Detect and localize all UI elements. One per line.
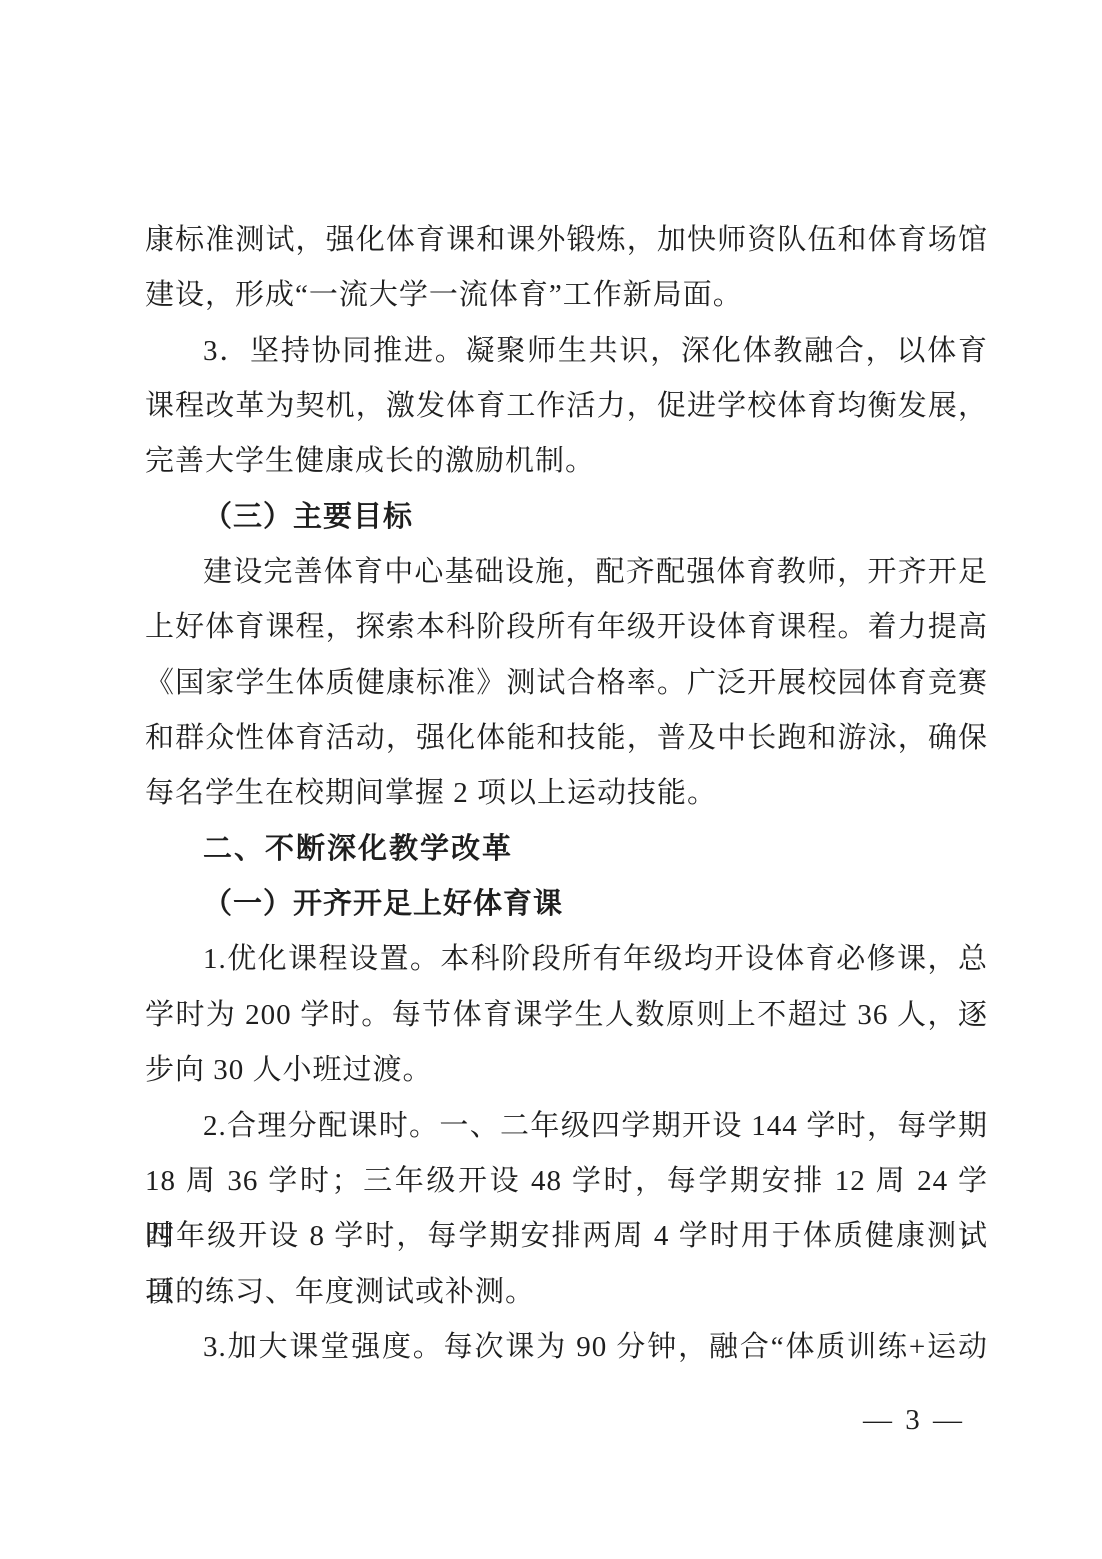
body-line: 和群众性体育活动，强化体能和技能，普及中长跑和游泳，确保 [145, 711, 988, 766]
section-heading-2: 二、不断深化教学改革 [145, 822, 988, 877]
body-line: 学时为 200 学时。每节体育课学生人数原则上不超过 36 人，逐 [145, 988, 988, 1043]
body-line: 建设完善体育中心基础设施，配齐配强体育教师，开齐开足 [145, 545, 988, 600]
body-line: 完善大学生健康成长的激励机制。 [145, 434, 988, 489]
body-line: 18 周 36 学时；三年级开设 48 学时，每学期安排 12 周 24 学时； [145, 1154, 988, 1209]
body-line: 上好体育课程，探索本科阶段所有年级开设体育课程。着力提高 [145, 600, 988, 655]
body-line: 建设，形成“一流大学一流体育”工作新局面。 [145, 268, 988, 323]
document-body: 康标准测试，强化体育课和课外锻炼，加快师资队伍和体育场馆 建设，形成“一流大学一… [145, 213, 988, 1375]
document-page: 康标准测试，强化体育课和课外锻炼，加快师资队伍和体育场馆 建设，形成“一流大学一… [0, 0, 1102, 1559]
body-line: 四年级开设 8 学时，每学期安排两周 4 学时用于体质健康测试项 [145, 1209, 988, 1264]
body-line: 步向 30 人小班过渡。 [145, 1043, 988, 1098]
body-line: 康标准测试，强化体育课和课外锻炼，加快师资队伍和体育场馆 [145, 213, 988, 268]
page-number: — 3 — [863, 1400, 965, 1440]
body-line: 课程改革为契机，激发体育工作活力，促进学校体育均衡发展， [145, 379, 988, 434]
body-line: 3.加大课堂强度。每次课为 90 分钟，融合“体质训练+运动 [145, 1320, 988, 1375]
subsection-heading-3: （三）主要目标 [145, 490, 988, 545]
body-line: 1.优化课程设置。本科阶段所有年级均开设体育必修课，总 [145, 932, 988, 987]
body-line: 3．坚持协同推进。凝聚师生共识，深化体教融合，以体育 [145, 324, 988, 379]
body-line: 每名学生在校期间掌握 2 项以上运动技能。 [145, 766, 988, 821]
body-line: 目的练习、年度测试或补测。 [145, 1265, 988, 1320]
body-line: 《国家学生体质健康标准》测试合格率。广泛开展校园体育竞赛 [145, 656, 988, 711]
body-line: 2.合理分配课时。一、二年级四学期开设 144 学时，每学期 [145, 1099, 988, 1154]
subsection-heading-1: （一）开齐开足上好体育课 [145, 877, 988, 932]
